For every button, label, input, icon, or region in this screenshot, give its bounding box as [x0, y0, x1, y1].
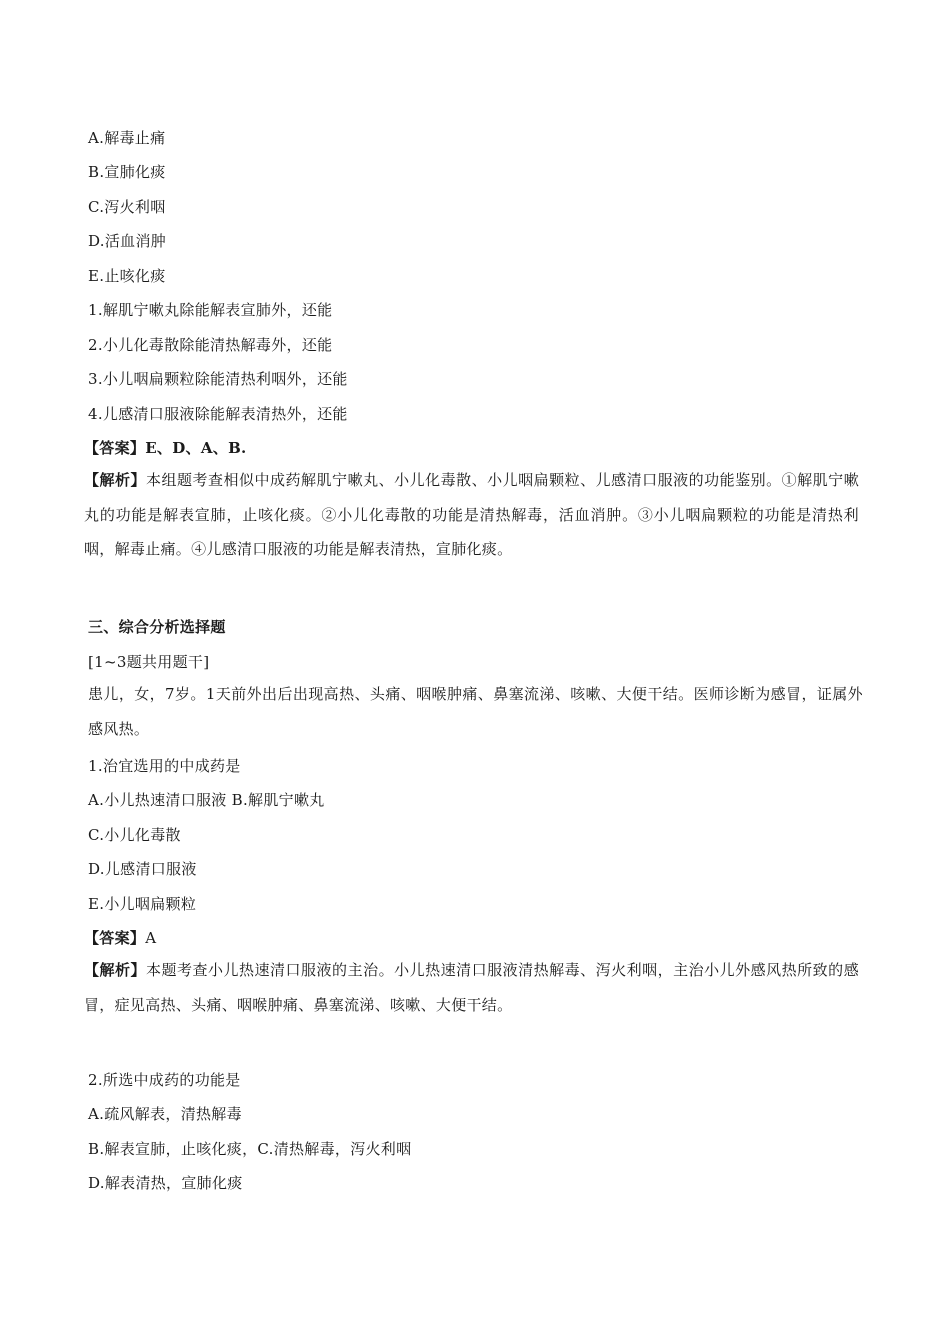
q2-option-bc: B.解表宣肺，止咳化痰，C.清热解毒，泻火利咽: [88, 1139, 411, 1159]
q1-analysis-paragraph: 【解析】本题考查小儿热速清口服液的主治。小儿热速清口服液清热解毒、泻火利咽，主治…: [84, 953, 859, 1022]
option-e: E.止咳化痰: [88, 266, 166, 286]
q1-answer-line: 【答案】A: [84, 928, 156, 948]
q2-option-a: A.疏风解表，清热解毒: [88, 1104, 242, 1124]
section-heading: 三、综合分析选择题: [88, 617, 226, 637]
q1-stem: 1.治宜选用的中成药是: [88, 756, 241, 776]
q2-option-d: D.解表清热，宣肺化痰: [88, 1173, 243, 1193]
analysis-label: 【解析】: [84, 471, 146, 489]
q1-option-d: D.儿感清口服液: [88, 859, 197, 879]
option-a: A.解毒止痛: [88, 128, 165, 148]
q1-analysis-text: 本题考查小儿热速清口服液的主治。小儿热速清口服液清热解毒、泻火利咽，主治小儿外感…: [84, 961, 859, 1014]
option-c: C.泻火利咽: [88, 197, 166, 217]
question-1: 1.解肌宁嗽丸除能解表宣肺外，还能: [88, 300, 332, 320]
q1-option-e: E.小儿咽扁颗粒: [88, 894, 196, 914]
answer-label: 【答案】: [84, 439, 145, 457]
q1-answer-value: A: [145, 929, 156, 947]
option-b: B.宣肺化痰: [88, 162, 166, 182]
q1-option-c: C.小儿化毒散: [88, 825, 181, 845]
analysis-paragraph: 【解析】本组题考查相似中成药解肌宁嗽丸、小儿化毒散、小儿咽扁颗粒、儿感清口服液的…: [84, 463, 859, 567]
question-3: 3.小儿咽扁颗粒除能清热利咽外，还能: [88, 369, 348, 389]
case-text: 患儿，女，7岁。1天前外出后出现高热、头痛、咽喉肿痛、鼻塞流涕、咳嗽、大便干结。…: [88, 677, 863, 746]
q1-option-ab: A.小儿热速清口服液 B.解肌宁嗽丸: [88, 790, 325, 810]
answer-value: E、D、A、B.: [145, 439, 246, 457]
analysis-text: 本组题考查相似中成药解肌宁嗽丸、小儿化毒散、小儿咽扁颗粒、儿感清口服液的功能鉴别…: [84, 471, 859, 558]
question-2: 2.小儿化毒散除能清热解毒外，还能: [88, 335, 332, 355]
option-d: D.活血消肿: [88, 231, 166, 251]
q1-analysis-label: 【解析】: [84, 961, 146, 979]
q2-stem: 2.所选中成药的功能是: [88, 1070, 241, 1090]
shared-stem-label: [1~3题共用题干]: [88, 652, 209, 672]
q1-answer-label: 【答案】: [84, 929, 145, 947]
question-4: 4.儿感清口服液除能解表清热外，还能: [88, 404, 348, 424]
answer-line: 【答案】E、D、A、B.: [84, 438, 247, 458]
